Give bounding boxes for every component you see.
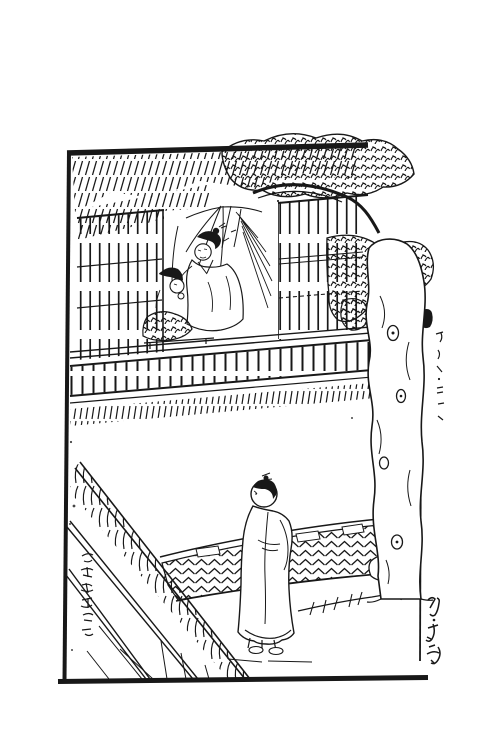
scanned-print-page xyxy=(0,0,500,750)
foliage-small xyxy=(341,299,368,331)
man-eye xyxy=(255,493,257,495)
man-shoe xyxy=(269,648,283,655)
knot-dot xyxy=(392,332,395,335)
knot-dot xyxy=(396,541,399,544)
knot-dot xyxy=(400,395,403,398)
man-upper-face xyxy=(170,279,184,293)
embracing-hand xyxy=(178,293,184,299)
woodblock-print-illustration xyxy=(0,0,500,750)
man-shoe xyxy=(249,647,263,654)
woman-hair-bun xyxy=(213,228,219,234)
man-robe xyxy=(238,506,294,644)
